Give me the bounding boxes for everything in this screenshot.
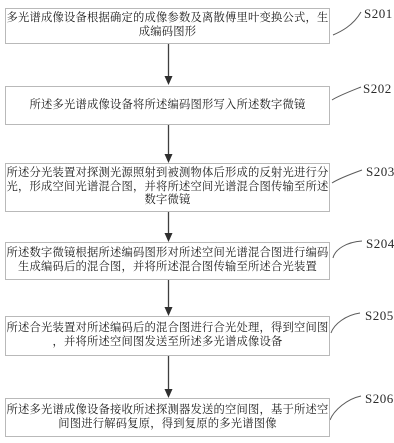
leader-line-s204 [333,241,362,258]
step-label-s204: S204 [366,236,394,252]
step-text-line: ，并将所述空间图发送至所述多光谱成像设备 [53,336,283,350]
leader-line-s202 [332,87,361,100]
step-box-s204: 所述数字微镜根据所述编码图形对所述空间光谱混合图进行编码 生成编码后的混合图，并… [5,242,330,280]
step-label-s201: S201 [364,6,393,22]
arrowhead-icon [165,307,173,316]
step-text-line: 生成编码后的混合图，并将所述混合图传输至所述合光装置 [18,261,317,275]
step-text-line: 所述分光装置对探测光源照射到被测物体后形成的反射光进行分 [7,167,329,181]
leader-line-s206 [330,396,361,420]
leader-line-s203 [332,170,362,183]
step-label-s205: S205 [365,308,394,324]
leader-line-s201 [333,12,361,35]
step-label-s206: S206 [365,391,394,407]
step-label-s203: S203 [366,164,394,180]
step-text-line: 数字微镜 [145,194,191,208]
step-box-s205: 所述合光装置对所述编码后的混合图进行合光处理，得到空间图 ，并将所述空间图发送至… [5,316,330,356]
step-text-line: 间图进行解码复原，得到复原的多光谱图像 [58,418,276,432]
step-text-line: 多光谱成像设备根据确定的成像参数及离散傅里叶变换公式，生 [7,12,329,26]
step-box-s203: 所述分光装置对探测光源照射到被测物体后形成的反射光进行分 光，形成空间光谱混合图… [5,163,330,212]
step-text-line: 所述数字微镜根据所述编码图形对所述空间光谱混合图进行编码 [7,247,329,261]
leader-lines [330,12,362,420]
arrowhead-icon [165,76,173,85]
flowchart-figure: 多光谱成像设备根据确定的成像参数及离散傅里叶变换公式，生 成编码图形 所述多光谱… [0,0,394,443]
step-text-line: 所述合光装置对所述编码后的混合图进行合光处理，得到空间图 [7,322,329,336]
step-box-s201: 多光谱成像设备根据确定的成像参数及离散傅里叶变换公式，生 成编码图形 [5,8,330,44]
arrowhead-icon [165,233,173,242]
leader-line-s205 [331,313,360,333]
step-text-line: 光，形成空间光谱混合图，并将所述空间光谱混合图传输至所述 [7,181,329,195]
step-box-s202: 所述多光谱成像设备将所述编码图形写入所述数字微镜 [5,86,330,125]
step-text-line: 所述多光谱成像设备接收所述探测器发送的空间图，基于所述空 [7,404,329,418]
arrowhead-icon [165,154,173,163]
step-box-s206: 所述多光谱成像设备接收所述探测器发送的空间图，基于所述空 间图进行解码复原，得到… [5,398,330,437]
connector-layer [0,0,394,443]
step-text-line: 成编码图形 [139,26,197,40]
arrowhead-icon [165,389,173,398]
step-text-line: 所述多光谱成像设备将所述编码图形写入所述数字微镜 [30,99,306,113]
step-label-s202: S202 [363,81,392,97]
